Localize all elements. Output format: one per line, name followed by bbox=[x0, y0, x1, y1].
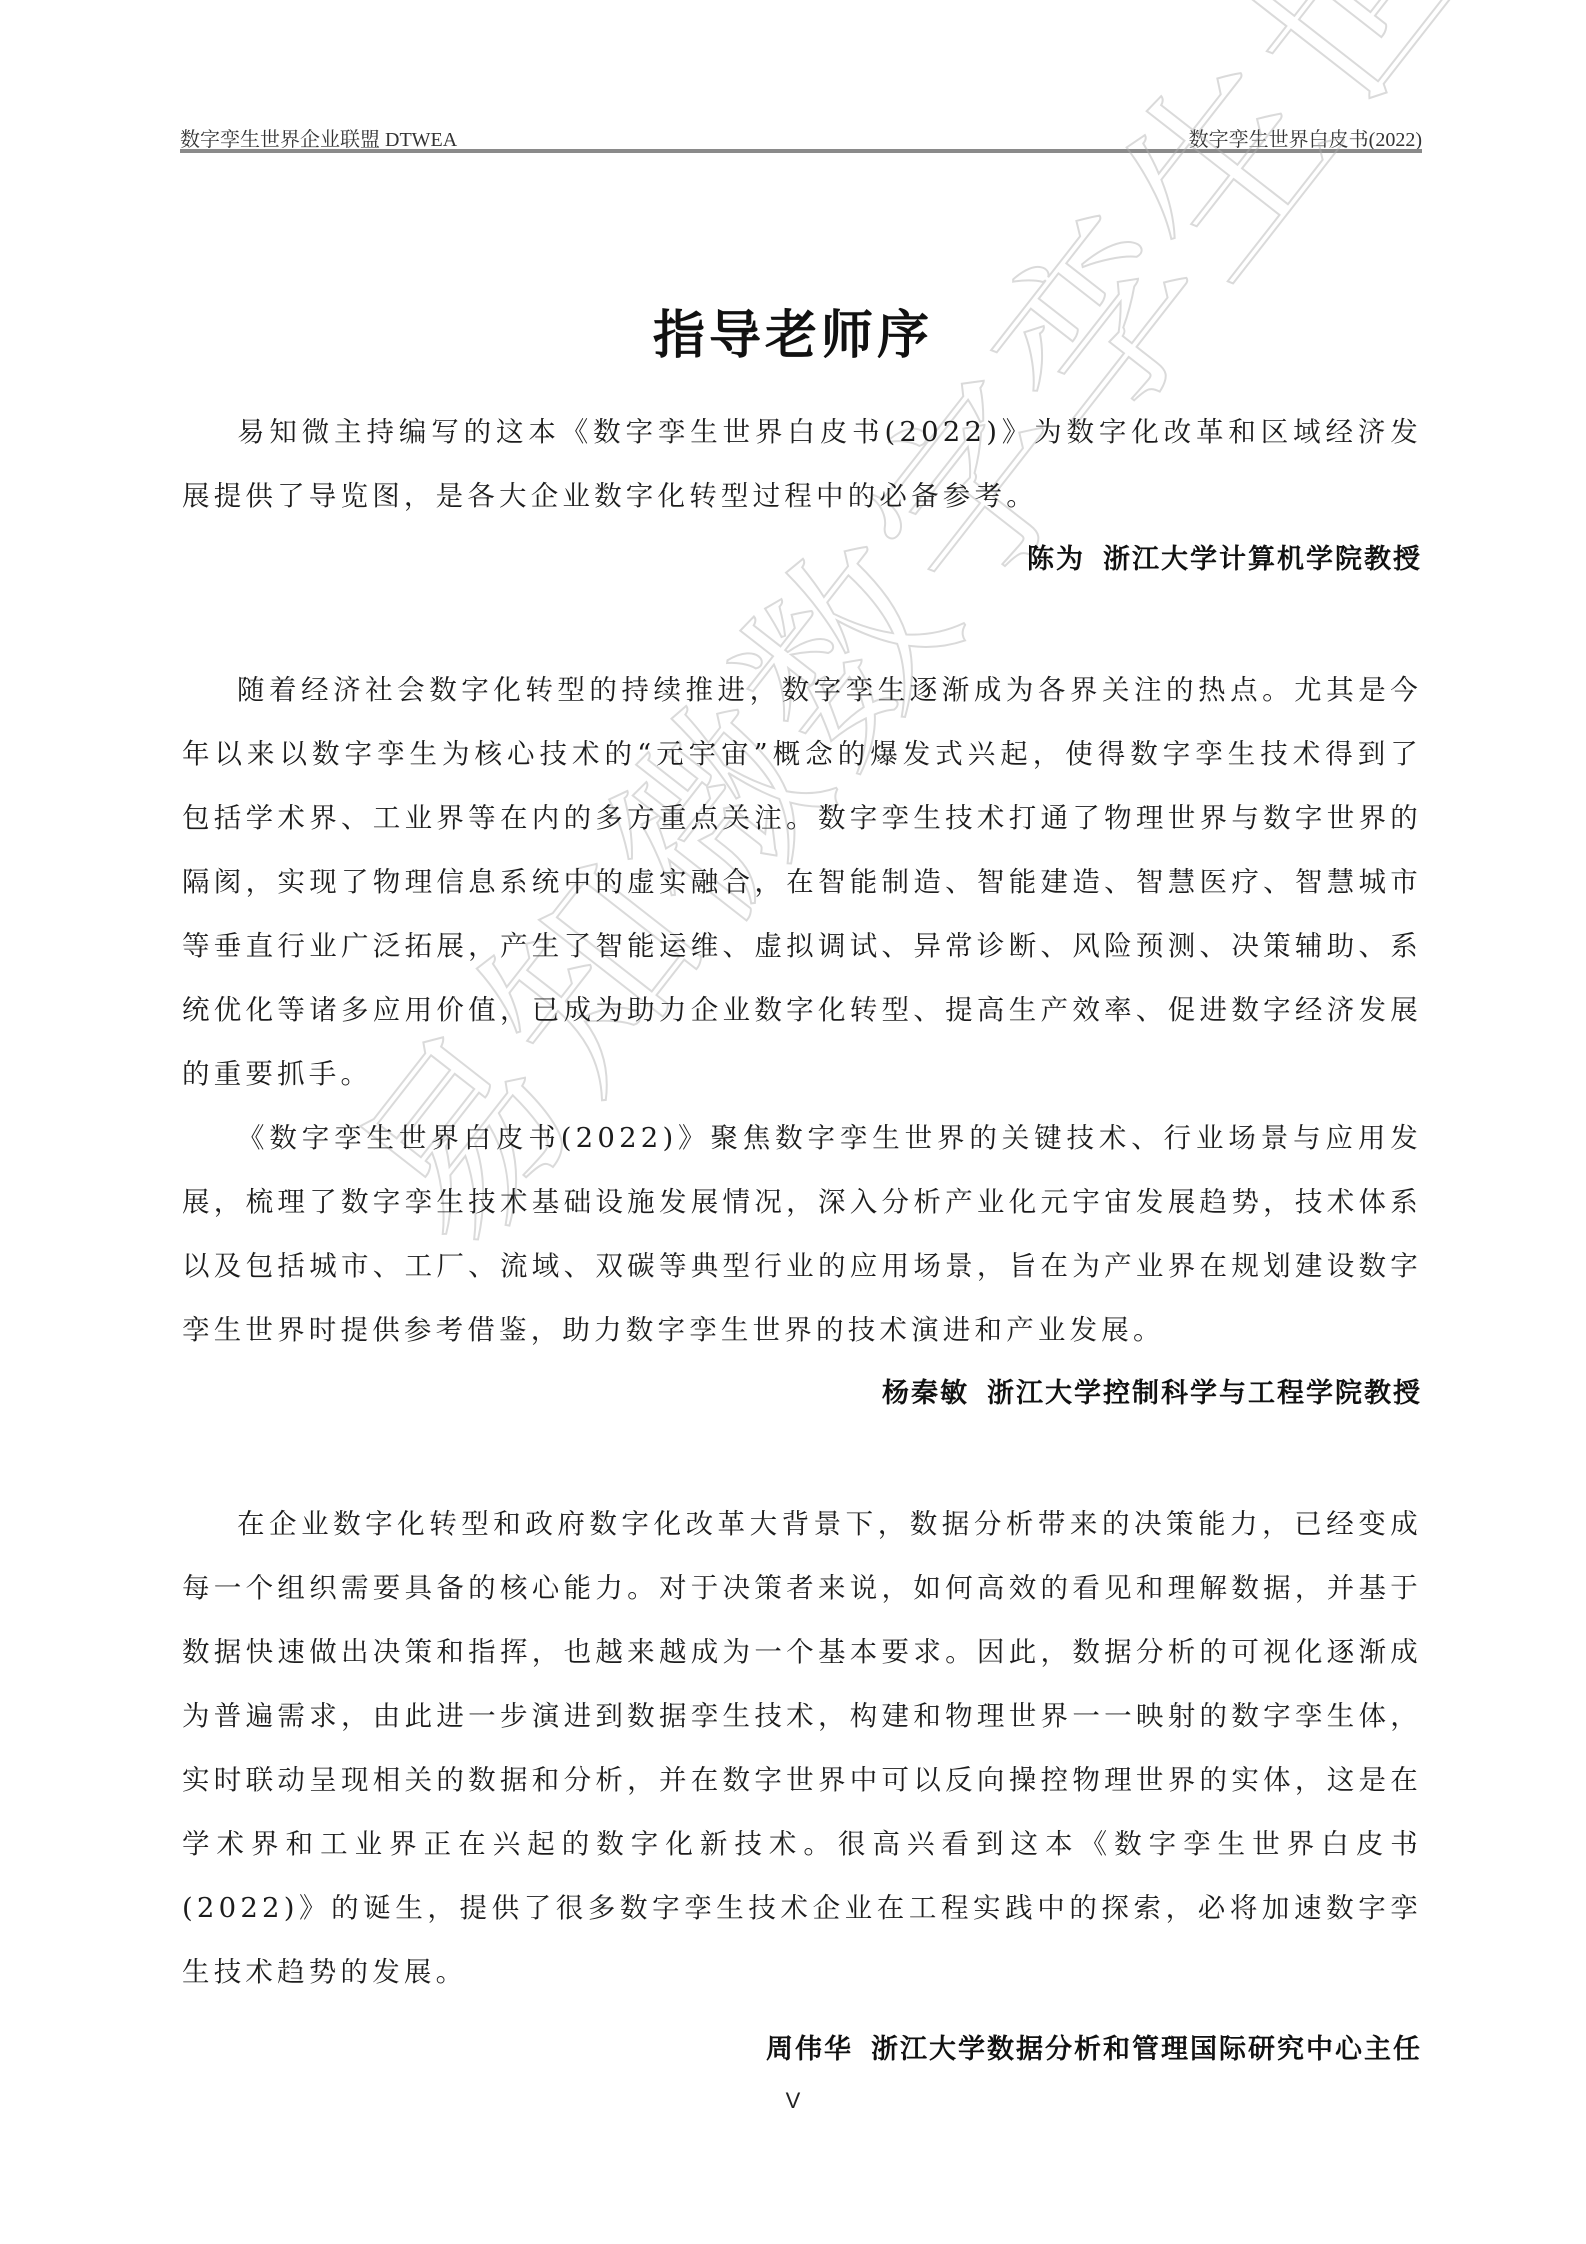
signature: 周伟华浙江大学数据分析和管理国际研究中心主任 bbox=[182, 2018, 1422, 2082]
running-header: 数字孪生世界企业联盟 DTWEA 数字孪生世界白皮书(2022) bbox=[180, 112, 1422, 152]
signature-title: 浙江大学计算机学院教授 bbox=[1103, 544, 1422, 575]
foreword-section-3: 在企业数字化转型和政府数字化改革大背景下，数据分析带来的决策能力，已经变成每一个… bbox=[182, 1492, 1422, 2082]
document-body: 易知微主持编写的这本《数字孪生世界白皮书(2022)》为数字化改革和区域经济发展… bbox=[182, 400, 1422, 2082]
signature-name: 杨秦敏 bbox=[882, 1378, 969, 1409]
signature-name: 周伟华 bbox=[766, 2034, 853, 2065]
paragraph: 易知微主持编写的这本《数字孪生世界白皮书(2022)》为数字化改革和区域经济发展… bbox=[182, 400, 1422, 528]
paragraph: 在企业数字化转型和政府数字化改革大背景下，数据分析带来的决策能力，已经变成每一个… bbox=[182, 1492, 1422, 2004]
signature: 陈为浙江大学计算机学院教授 bbox=[182, 528, 1422, 592]
signature-name: 陈为 bbox=[1027, 544, 1085, 575]
header-right-document-title: 数字孪生世界白皮书(2022) bbox=[1189, 123, 1422, 152]
signature-title: 浙江大学数据分析和管理国际研究中心主任 bbox=[871, 2034, 1422, 2065]
foreword-section-2: 随着经济社会数字化转型的持续推进，数字孪生逐渐成为各界关注的热点。尤其是今年以来… bbox=[182, 658, 1422, 1426]
signature-title: 浙江大学控制科学与工程学院教授 bbox=[987, 1378, 1422, 1409]
header-divider bbox=[180, 149, 1422, 153]
page-number: V bbox=[0, 2088, 1586, 2114]
header-left-organization: 数字孪生世界企业联盟 DTWEA bbox=[180, 123, 457, 152]
paragraph: 《数字孪生世界白皮书(2022)》聚焦数字孪生世界的关键技术、行业场景与应用发展… bbox=[182, 1106, 1422, 1362]
page-title: 指导老师序 bbox=[0, 293, 1586, 368]
foreword-section-1: 易知微主持编写的这本《数字孪生世界白皮书(2022)》为数字化改革和区域经济发展… bbox=[182, 400, 1422, 592]
paragraph: 随着经济社会数字化转型的持续推进，数字孪生逐渐成为各界关注的热点。尤其是今年以来… bbox=[182, 658, 1422, 1106]
signature: 杨秦敏浙江大学控制科学与工程学院教授 bbox=[182, 1362, 1422, 1426]
